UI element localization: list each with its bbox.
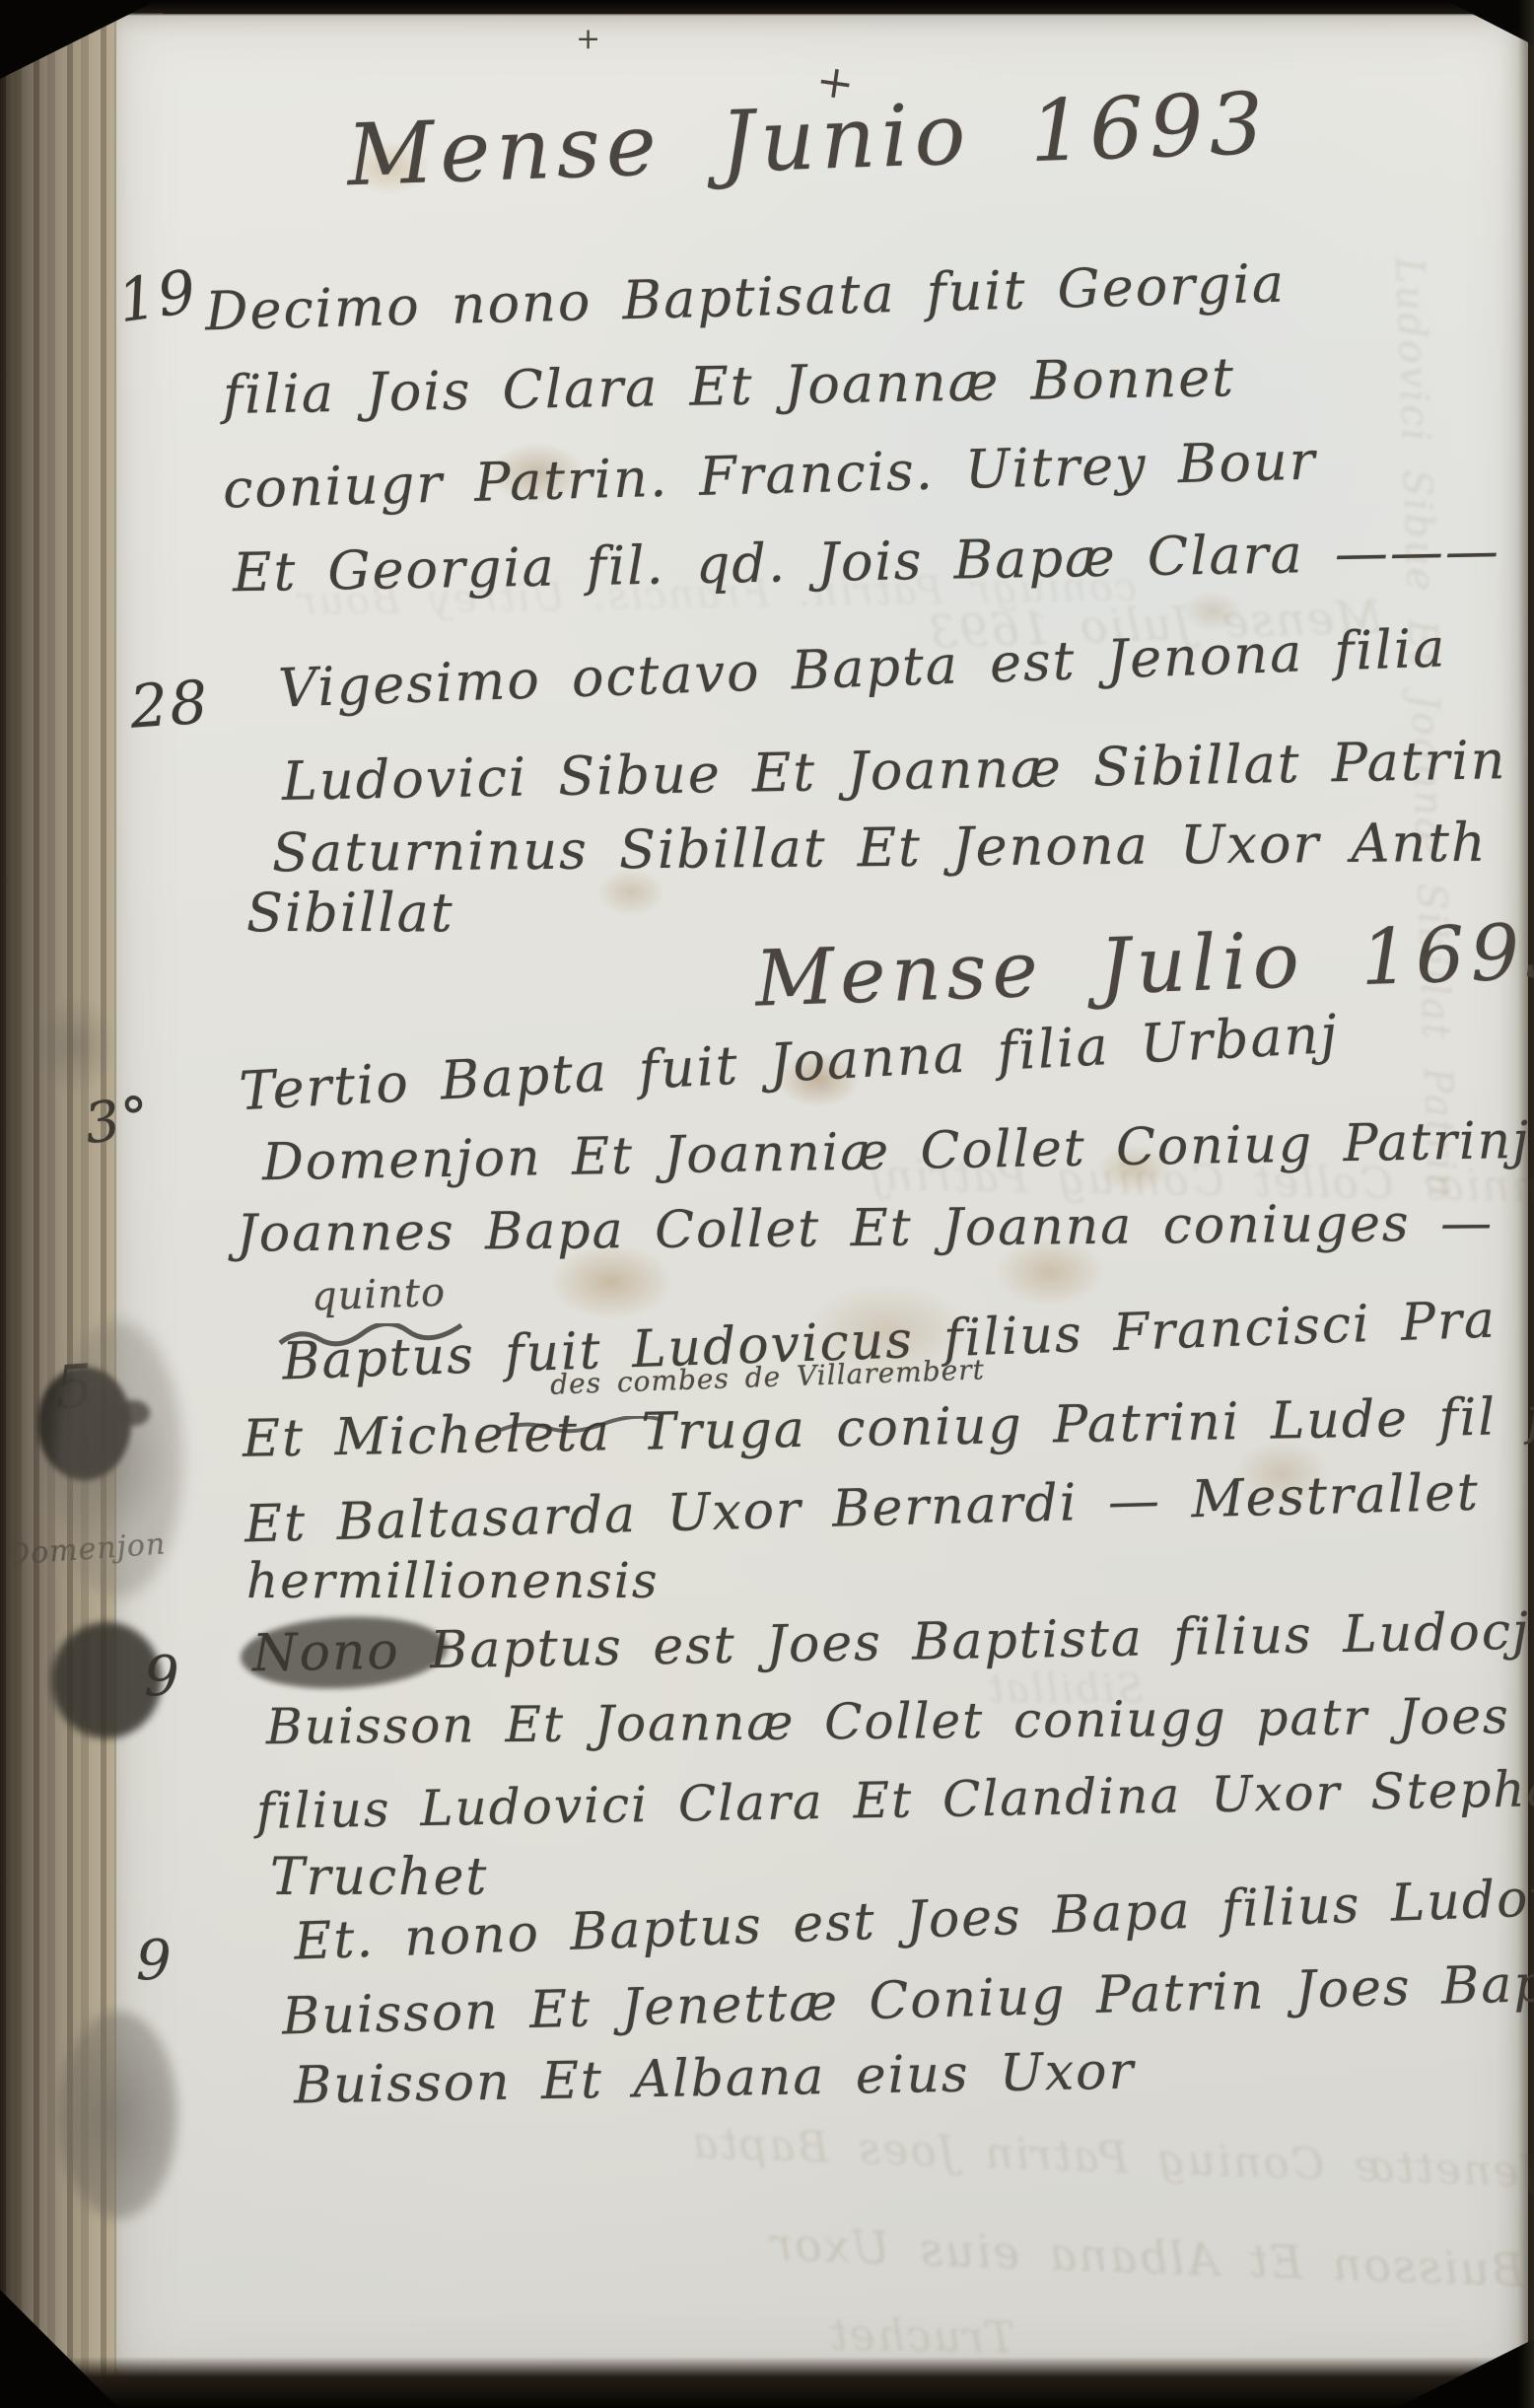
cross-mark-icon: + — [576, 22, 600, 56]
interline-note: quinto — [311, 1270, 447, 1320]
entry-line: Truchet — [270, 1848, 488, 1907]
entry-line: hermillionensis — [246, 1552, 659, 1609]
manuscript-scan: + + Mense Junio 1693 19 Decimo nono Bapt… — [0, 0, 1534, 2408]
scan-bottom-shadow — [0, 2357, 1534, 2408]
gray-stain — [54, 1321, 182, 1597]
entry-line: Sibillat — [246, 882, 454, 944]
entry-line: Buisson Et Joannæ Collet coniugg patr Jo… — [266, 1686, 1534, 1755]
margin-day-number: 3° — [81, 1085, 156, 1158]
margin-day-number: 19 — [114, 257, 202, 337]
entry-line: Joannes Bapa Collet Et Joanna coniuges — — [237, 1193, 1495, 1263]
margin-day-number: 9 — [136, 1929, 174, 1993]
margin-day-number: 28 — [128, 668, 212, 742]
scan-top-shadow — [0, 0, 1534, 16]
gray-stain — [59, 2012, 177, 2219]
entry-line: Saturninus Sibillat Et Jenona Uxor Anth — [272, 812, 1488, 885]
ink-smudge — [51, 1622, 162, 1738]
scan-right-shadow — [1518, 0, 1534, 2408]
